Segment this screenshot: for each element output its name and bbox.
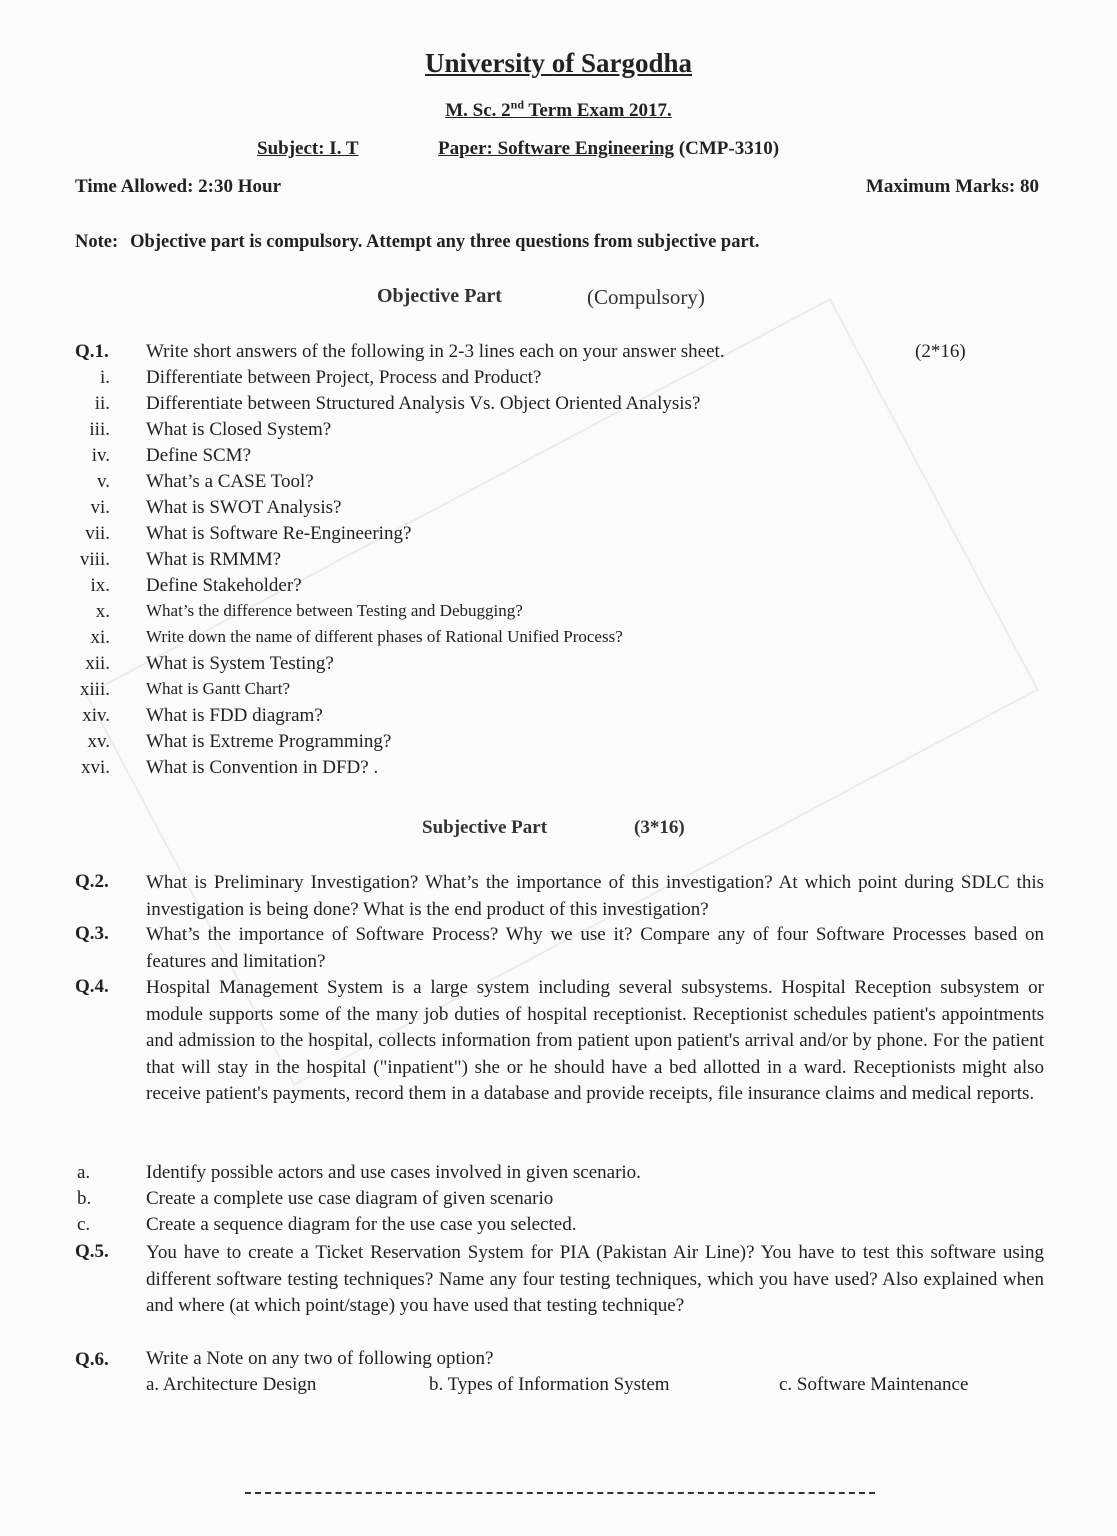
paper-label: Paper: Software Engineering (CMP-3310) — [438, 138, 779, 160]
paper-code: (CMP-3310) — [679, 138, 779, 159]
objective-item-number: ix. — [0, 575, 110, 597]
objective-item-text: Define Stakeholder? — [146, 575, 302, 597]
objective-item-text: What is Software Re-Engineering? — [146, 523, 411, 545]
objective-item-text: What is SWOT Analysis? — [146, 497, 341, 519]
time-allowed: Time Allowed: 2:30 Hour — [75, 176, 281, 198]
objective-item-number: iii. — [0, 419, 110, 441]
maximum-marks: Maximum Marks: 80 — [866, 176, 1039, 198]
objective-item-text: Differentiate between Project, Process a… — [146, 367, 541, 389]
objective-item-text: What’s the difference between Testing an… — [146, 601, 523, 621]
objective-item-text: What is Gantt Chart? — [146, 679, 290, 699]
objective-item-text: What is Closed System? — [146, 419, 331, 441]
objective-compulsory: (Compulsory) — [587, 285, 705, 310]
objective-heading: Objective Part — [377, 285, 502, 308]
objective-item-number: vii. — [0, 523, 110, 545]
objective-item-text: Differentiate between Structured Analysi… — [146, 393, 700, 415]
q1-number: Q.1. — [75, 341, 109, 363]
objective-item-text: What is Extreme Programming? — [146, 731, 391, 753]
q1-marks: (2*16) — [915, 341, 966, 363]
objective-item-text: What is FDD diagram? — [146, 705, 323, 727]
objective-item-number: xiii. — [0, 679, 110, 701]
objective-item-number: ii. — [0, 393, 110, 415]
q5-number: Q.5. — [75, 1241, 109, 1263]
objective-item-number: i. — [0, 367, 110, 389]
q4-part-b-text: Create a complete use case diagram of gi… — [146, 1188, 553, 1210]
objective-item-number: viii. — [0, 549, 110, 571]
q3-number: Q.3. — [75, 923, 109, 945]
q6-text: Write a Note on any two of following opt… — [146, 1348, 494, 1370]
objective-item-text: Write down the name of different phases … — [146, 627, 623, 647]
subject-label: Subject: I. T — [257, 138, 359, 160]
subjective-heading: Subjective Part — [422, 817, 547, 839]
subjective-marks: (3*16) — [634, 817, 685, 839]
objective-item-text: Define SCM? — [146, 445, 251, 467]
q4-part-c-label: c. — [77, 1214, 90, 1236]
objective-item-number: xi. — [0, 627, 110, 649]
q5-text: You have to create a Ticket Reservation … — [146, 1240, 1044, 1320]
objective-item-text: What’s a CASE Tool? — [146, 471, 314, 493]
q4-part-a-text: Identify possible actors and use cases i… — [146, 1162, 641, 1184]
objective-item-number: xv. — [0, 731, 110, 753]
objective-item-number: xvi. — [0, 757, 110, 779]
objective-item-number: xii. — [0, 653, 110, 675]
q2-text: What is Preliminary Investigation? What’… — [146, 870, 1044, 923]
q4-part-c-text: Create a sequence diagram for the use ca… — [146, 1214, 576, 1236]
q4-number: Q.4. — [75, 976, 109, 998]
exam-title: M. Sc. 2nd Term Exam 2017. — [0, 98, 1117, 122]
q4-text: Hospital Management System is a large sy… — [146, 975, 1044, 1108]
objective-item-text: What is System Testing? — [146, 653, 334, 675]
objective-item-text: What is RMMM? — [146, 549, 281, 571]
q4-part-a-label: a. — [77, 1162, 90, 1184]
q6-option-b: b. Types of Information System — [429, 1374, 670, 1396]
objective-item-number: vi. — [0, 497, 110, 519]
q3-text: What’s the importance of Software Proces… — [146, 922, 1044, 975]
objective-item-number: v. — [0, 471, 110, 493]
objective-item-number: x. — [0, 601, 110, 623]
objective-item-number: iv. — [0, 445, 110, 467]
note: Note:Objective part is compulsory. Attem… — [75, 232, 759, 253]
end-divider — [245, 1492, 875, 1494]
objective-item-number: xiv. — [0, 705, 110, 727]
q6-option-a: a. Architecture Design — [146, 1374, 316, 1396]
exam-paper: University of Sargodha M. Sc. 2nd Term E… — [0, 0, 1117, 1536]
q2-number: Q.2. — [75, 871, 109, 893]
q4-part-b-label: b. — [77, 1188, 91, 1210]
university-title: University of Sargodha — [0, 48, 1117, 79]
q6-option-c: c. Software Maintenance — [779, 1374, 968, 1396]
q6-number: Q.6. — [75, 1349, 109, 1371]
objective-item-text: What is Convention in DFD? . — [146, 757, 378, 779]
q1-instruction: Write short answers of the following in … — [146, 341, 725, 363]
